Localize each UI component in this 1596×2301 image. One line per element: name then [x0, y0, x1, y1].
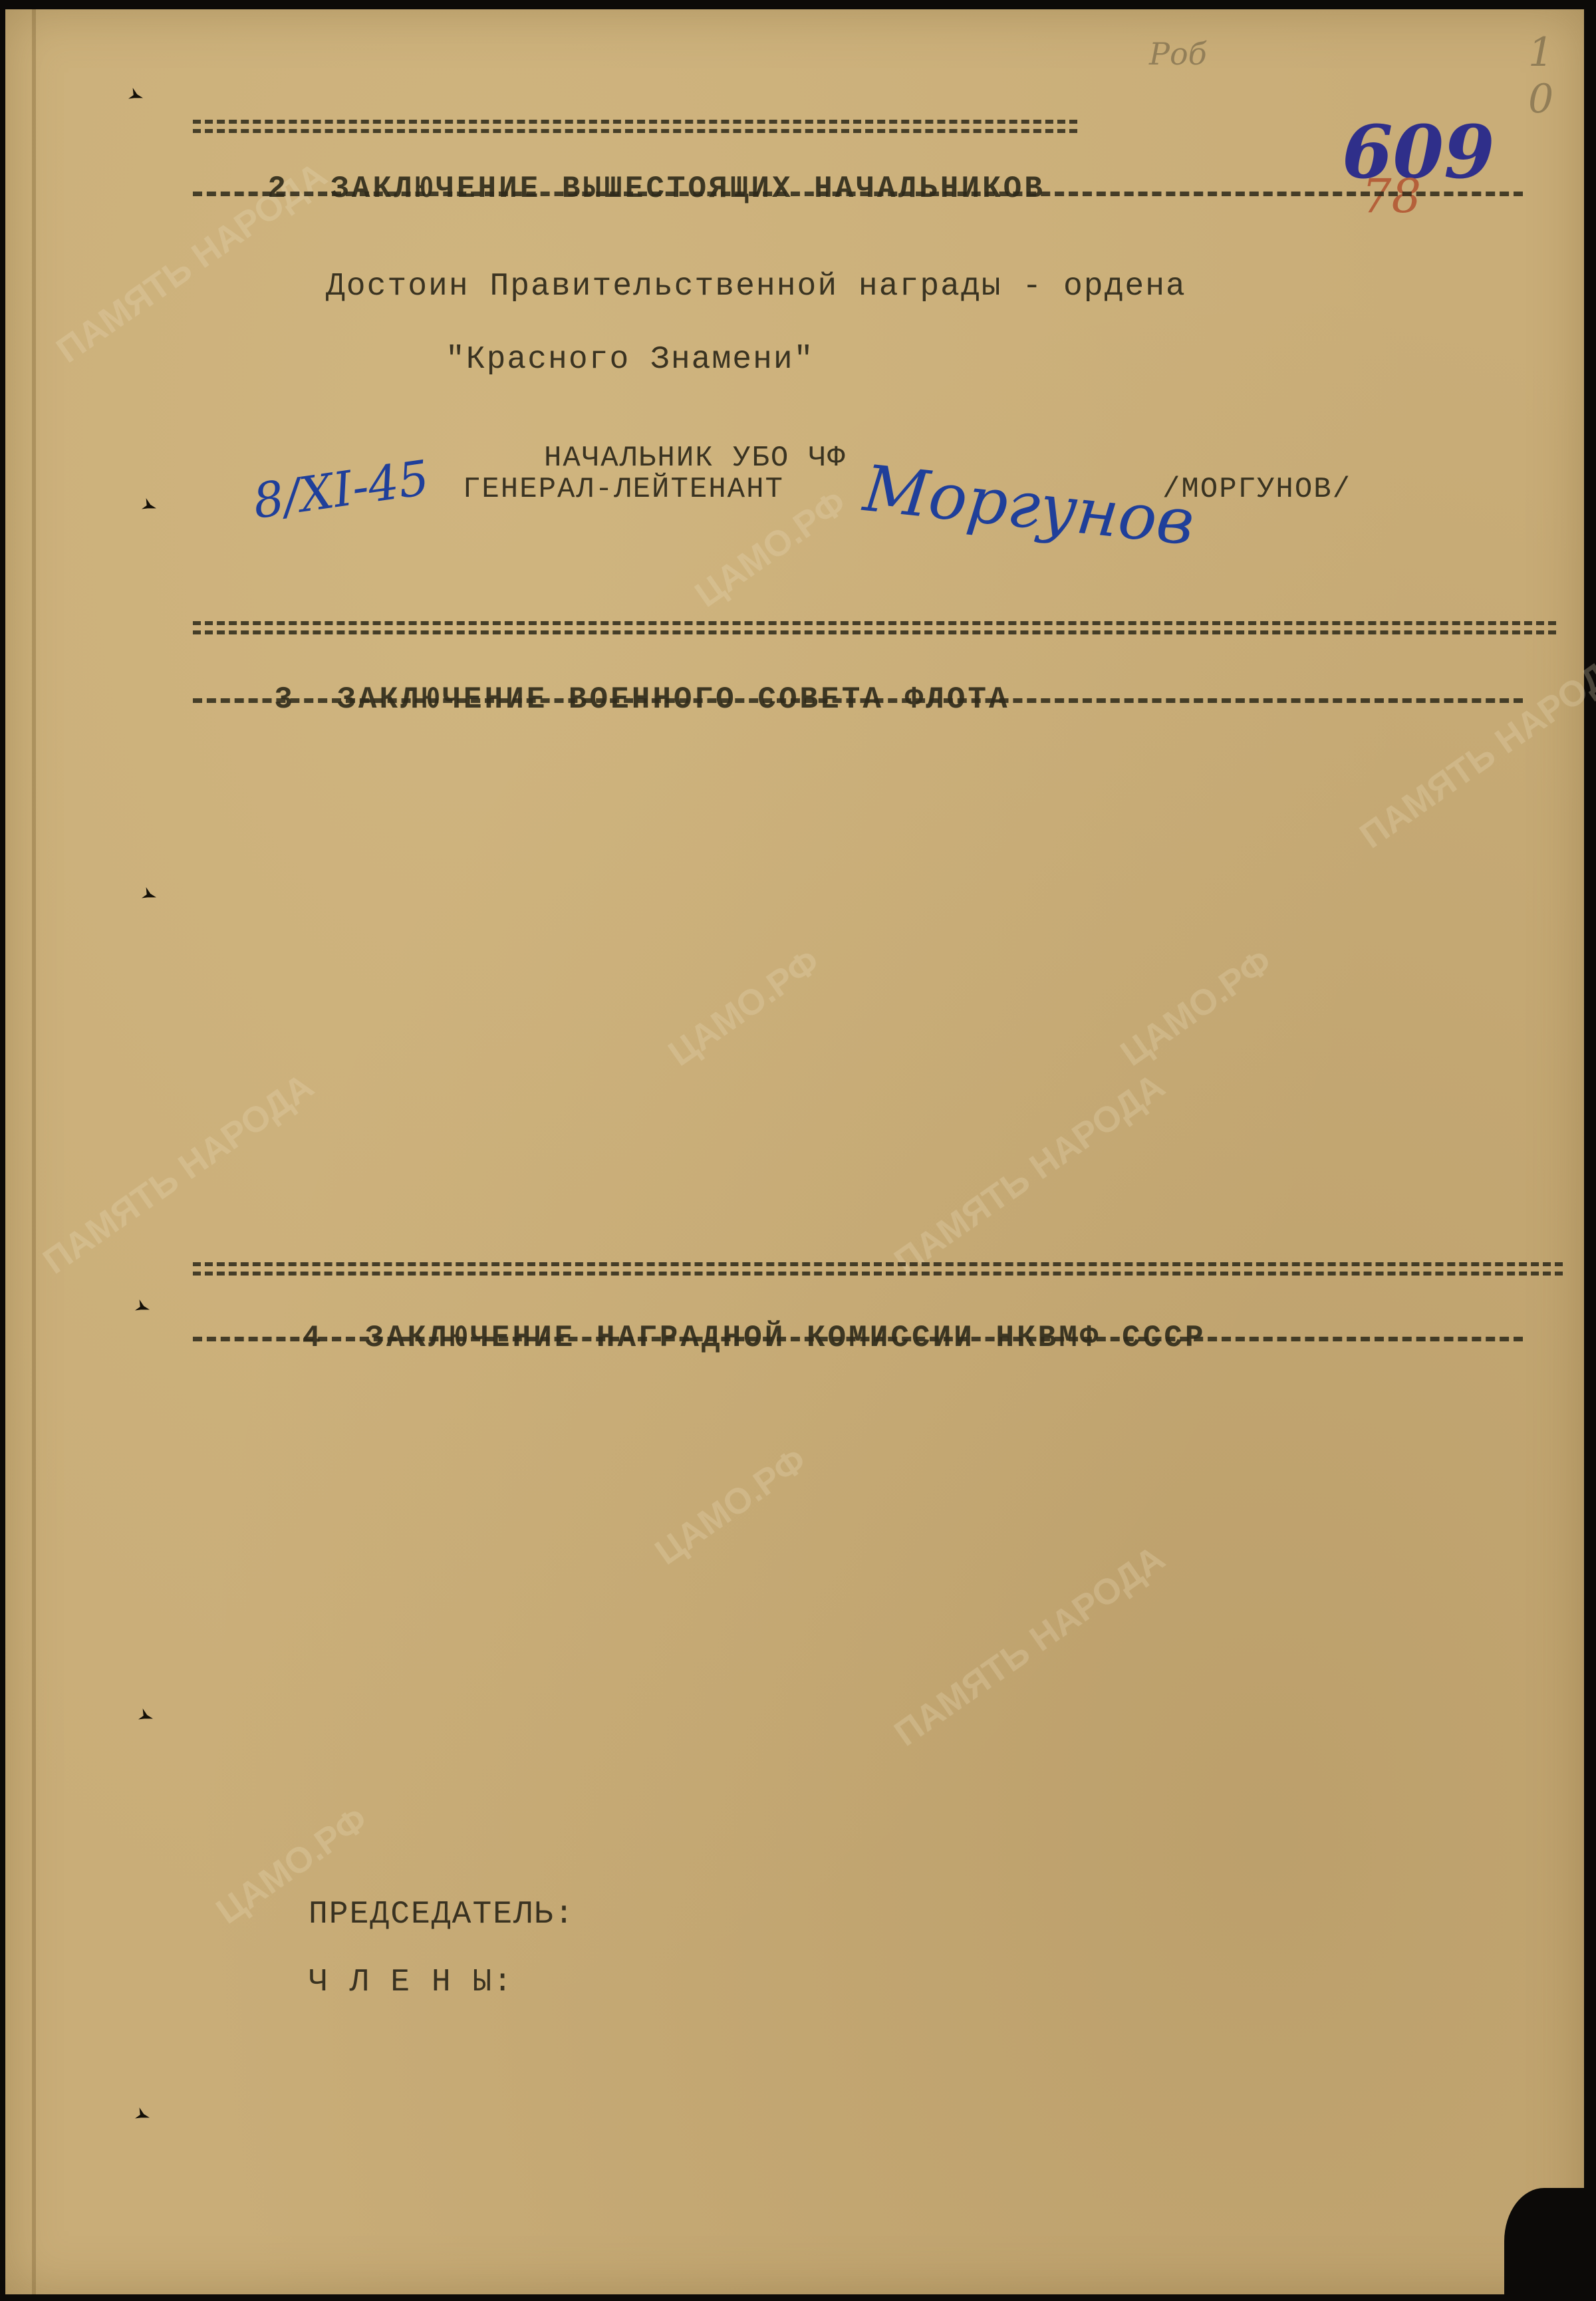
conclusion-text-line1: Достоин Правительственной награды - орде…	[326, 269, 1186, 305]
section-divider	[193, 621, 1556, 625]
conclusion-text-line2: "Красного Знамени"	[446, 342, 814, 378]
signer-position: НАЧАЛЬНИК УБО ЧФ	[544, 442, 846, 475]
section-title: ЗАКЛЮЧЕНИЕ ВЫШЕСТОЯЩИХ НАЧАЛЬНИКОВ	[331, 172, 1045, 206]
torn-corner	[1504, 2188, 1584, 2294]
watermark: ПАМЯТЬ НАРОДА	[1353, 640, 1596, 857]
section-divider	[193, 1337, 1523, 1341]
pencil-note: Роб	[1149, 36, 1207, 72]
members-label: Ч Л Е Н Ы:	[309, 1964, 513, 2000]
handwritten-date: 8/XI-45	[249, 450, 432, 529]
watermark: ПАМЯТЬ НАРОДА	[36, 1065, 321, 1282]
signer-rank: ГЕНЕРАЛ-ЛЕЙТЕНАНТ	[463, 473, 784, 506]
section-divider	[193, 698, 1523, 703]
section-divider	[193, 120, 1077, 124]
section-divider	[193, 1262, 1563, 1266]
punch-hole-icon	[138, 1708, 153, 1723]
document-page: ЦАМО.РФ ПАМЯТЬ НАРОДА ЦАМО.РФ ПАМЯТЬ НАР…	[5, 9, 1584, 2294]
watermark: ЦАМО.РФ	[661, 941, 827, 1075]
punch-hole-icon	[142, 887, 156, 902]
section-divider	[193, 192, 1523, 196]
punch-hole-icon	[142, 498, 156, 513]
section-number: 2	[267, 172, 289, 206]
signature: Моргунов	[861, 451, 1198, 560]
watermark: ЦАМО.РФ	[1113, 941, 1279, 1075]
watermark: ЦАМО.РФ	[648, 1440, 814, 1573]
punch-hole-icon	[128, 88, 143, 102]
chairman-label: ПРЕДСЕДАТЕЛЬ:	[309, 1897, 575, 1933]
pencil-corner-note: 1 0	[1528, 29, 1584, 122]
section-2-header: 2 ЗАКЛЮЧЕНИЕ ВЫШЕСТОЯЩИХ НАЧАЛЬНИКОВ	[184, 137, 1045, 241]
watermark: ПАМЯТЬ НАРОДА	[887, 1065, 1172, 1282]
punch-hole-icon	[135, 2107, 150, 2122]
punch-hole-icon	[135, 1299, 150, 1314]
page-number-red: 78	[1362, 169, 1421, 223]
watermark: ПАМЯТЬ НАРОДА	[887, 1538, 1172, 1754]
